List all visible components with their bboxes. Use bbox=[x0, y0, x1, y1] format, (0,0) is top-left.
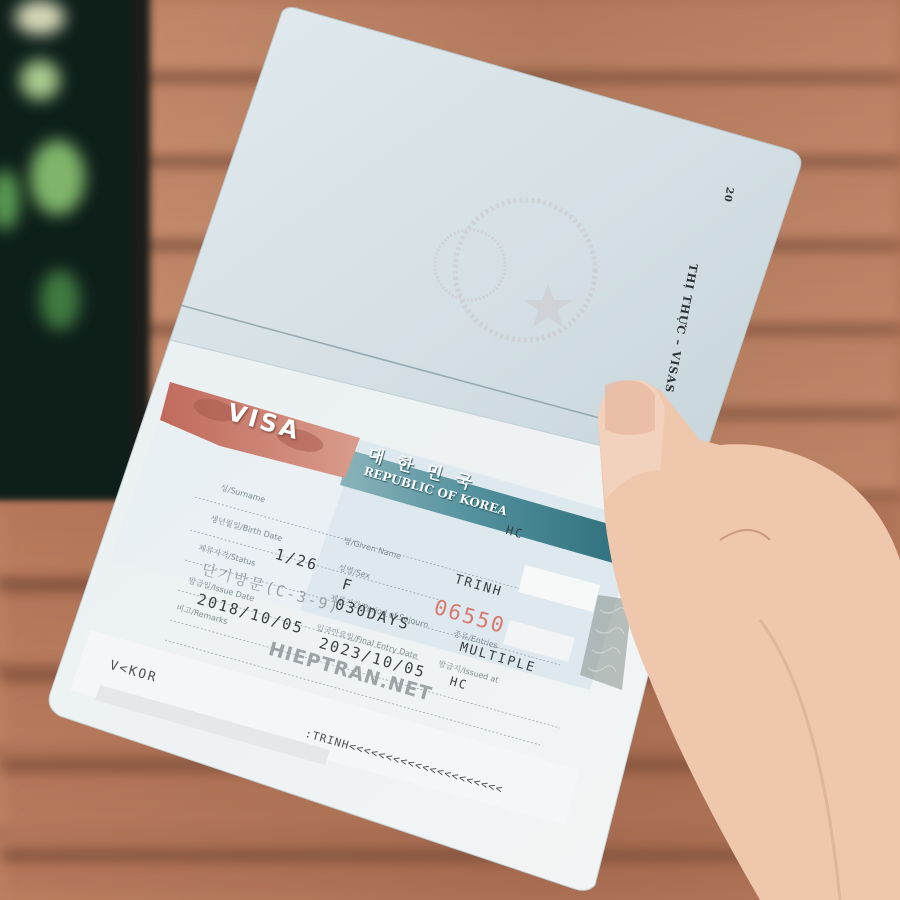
thumbnail bbox=[605, 380, 655, 435]
hand bbox=[598, 380, 900, 900]
passport[interactable]: 20 THỊ THỰC – VISAS VISA 대 한 민 국 REPUBLI… bbox=[0, 0, 900, 900]
passport-drawing bbox=[0, 0, 900, 900]
